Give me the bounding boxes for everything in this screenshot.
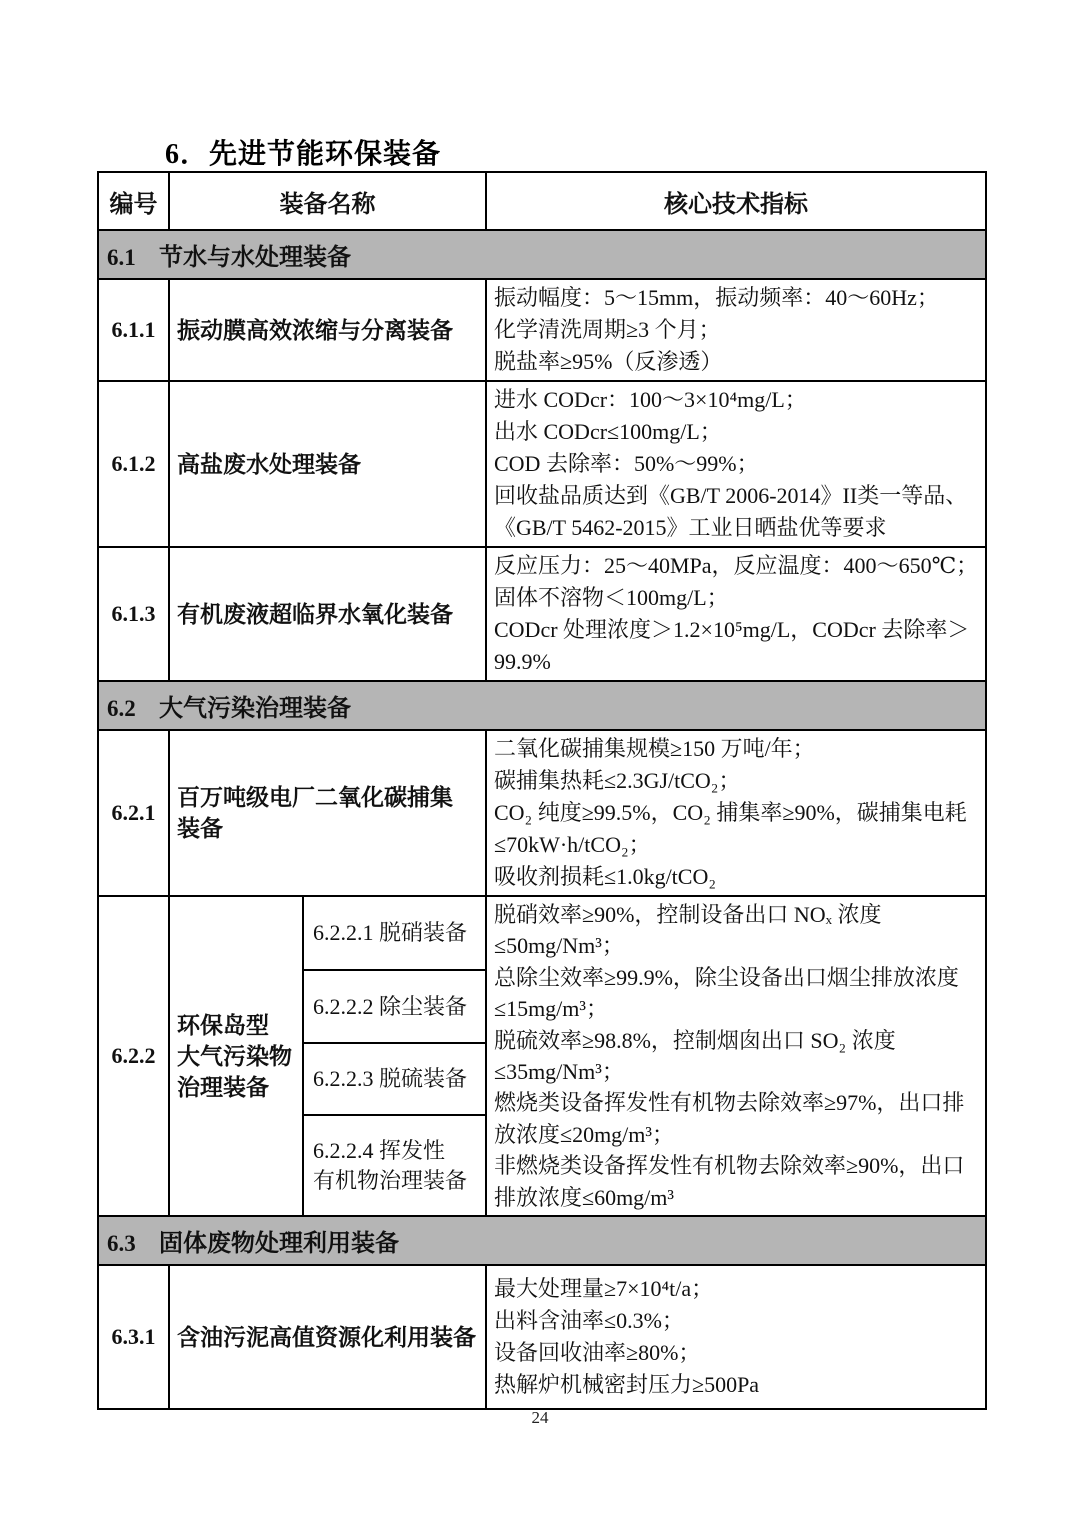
indicators-cell: 振动幅度：5～15mm，振动频率：40～60Hz； 化学清洗周期≥3 个月； 脱… [486, 279, 986, 381]
indicator-line: 最大处理量≥7×10⁴t/a； [494, 1273, 981, 1305]
indicator-line: 碳捕集热耗≤2.3GJ/tCO₂； [494, 765, 981, 797]
section-id: 6.2 [107, 696, 159, 722]
indicator-line: 非燃烧类设备挥发性有机物去除效率≥90%，出口排放浓度≤60mg/m³ [494, 1150, 981, 1213]
row-id: 6.1.3 [98, 547, 169, 681]
page-number: 24 [0, 1408, 1080, 1428]
indicator-line: 出料含油率≤0.3%； [494, 1305, 981, 1337]
header-cell-indicators: 核心技术指标 [486, 172, 986, 230]
indicator-line: 脱硫效率≥98.8%，控制烟囱出口 SO₂ 浓度≤35mg/Nm³； [494, 1025, 981, 1088]
table-row-6-3-1: 6.3.1 含油污泥高值资源化利用装备 最大处理量≥7×10⁴t/a； 出料含油… [98, 1265, 986, 1409]
indicator-line: 吸收剂损耗≤1.0kg/tCO₂ [494, 861, 981, 893]
table-row-6-1-2: 6.1.2 高盐废水处理装备 进水 CODcr：100～3×10⁴mg/L； 出… [98, 381, 986, 547]
indicators-cell: 二氧化碳捕集规模≥150 万吨/年； 碳捕集热耗≤2.3GJ/tCO₂； CO₂… [486, 730, 986, 896]
indicators-cell: 进水 CODcr：100～3×10⁴mg/L； 出水 CODcr≤100mg/L… [486, 381, 986, 547]
indicator-line: 出水 CODcr≤100mg/L； [494, 416, 981, 448]
table-row-6-1-3: 6.1.3 有机废液超临界水氧化装备 反应压力：25～40MPa，反应温度：40… [98, 547, 986, 681]
table-row-6-1-1: 6.1.1 振动膜高效浓缩与分离装备 振动幅度：5～15mm，振动频率：40～6… [98, 279, 986, 381]
section-row-6-2: 6.2大气污染治理装备 [98, 681, 986, 730]
indicator-line: 回收盐品质达到《GB/T 2006-2014》II类一等品、《GB/T 5462… [494, 480, 981, 544]
section-row-6-3: 6.3固体废物处理利用装备 [98, 1216, 986, 1265]
row-id: 6.3.1 [98, 1265, 169, 1409]
indicators-cell: 最大处理量≥7×10⁴t/a； 出料含油率≤0.3%； 设备回收油率≥80%； … [486, 1265, 986, 1409]
row-id: 6.2.1 [98, 730, 169, 896]
sub-equipment-name: 6.2.2.2 除尘装备 [303, 970, 486, 1042]
row-id: 6.2.2 [98, 896, 169, 1216]
header-cell-id: 编号 [98, 172, 169, 230]
sub-equipment-name: 6.2.2.3 脱硫装备 [303, 1043, 486, 1115]
indicator-line: 总除尘效率≥99.9%，除尘设备出口烟尘排放浓度≤15mg/m³； [494, 962, 981, 1025]
section-label: 节水与水处理装备 [159, 245, 351, 271]
table-header-row: 编号 装备名称 核心技术指标 [98, 172, 986, 230]
indicator-line: 设备回收油率≥80%； [494, 1337, 981, 1369]
equipment-name: 高盐废水处理装备 [169, 381, 486, 547]
row-id: 6.1.1 [98, 279, 169, 381]
sub-equipment-name: 6.2.2.1 脱硝装备 [303, 896, 486, 970]
document-page: 6．先进节能环保装备 编号 装备名称 核心技术指标 6.1节水与水处理装备 6.… [0, 0, 1080, 1527]
equipment-name: 有机废液超临界水氧化装备 [169, 547, 486, 681]
section-id: 6.3 [107, 1231, 159, 1257]
equipment-name: 振动膜高效浓缩与分离装备 [169, 279, 486, 381]
section-row-6-1: 6.1节水与水处理装备 [98, 230, 986, 279]
indicator-line: 固体不溶物＜100mg/L； [494, 582, 981, 614]
indicator-line: COD 去除率：50%～99%； [494, 448, 981, 480]
equipment-name: 百万吨级电厂二氧化碳捕集 装备 [169, 730, 486, 896]
equipment-name: 环保岛型 大气污染物 治理装备 [169, 896, 303, 1216]
indicator-line: 化学清洗周期≥3 个月； [494, 314, 981, 346]
section-label: 大气污染治理装备 [159, 696, 351, 722]
indicator-line: CO₂ 纯度≥99.5%，CO₂ 捕集率≥90%，碳捕集电耗≤70kW·h/tC… [494, 797, 981, 861]
indicator-line: 进水 CODcr：100～3×10⁴mg/L； [494, 384, 981, 416]
sub-equipment-name: 6.2.2.4 挥发性 有机物治理装备 [303, 1115, 486, 1216]
table-row-6-2-2: 6.2.2 环保岛型 大气污染物 治理装备 6.2.2.1 脱硝装备 脱硝效率≥… [98, 896, 986, 970]
indicator-line: 反应压力：25～40MPa，反应温度：400～650℃； [494, 550, 981, 582]
page-title: 6．先进节能环保装备 [165, 132, 441, 172]
equipment-table: 编号 装备名称 核心技术指标 6.1节水与水处理装备 6.1.1 振动膜高效浓缩… [97, 171, 987, 1410]
indicator-line: 二氧化碳捕集规模≥150 万吨/年； [494, 733, 981, 765]
row-id: 6.1.2 [98, 381, 169, 547]
equipment-name: 含油污泥高值资源化利用装备 [169, 1265, 486, 1409]
indicator-line: 脱盐率≥95%（反渗透） [494, 346, 981, 378]
indicators-cell: 反应压力：25～40MPa，反应温度：400～650℃； 固体不溶物＜100mg… [486, 547, 986, 681]
indicator-line: 热解炉机械密封压力≥500Pa [494, 1369, 981, 1401]
indicator-line: CODcr 处理浓度＞1.2×10⁵mg/L，CODcr 去除率＞99.9% [494, 614, 981, 678]
indicator-line: 脱硝效率≥90%，控制设备出口 NOₓ 浓度≤50mg/Nm³； [494, 899, 981, 962]
section-id: 6.1 [107, 245, 159, 271]
table-row-6-2-1: 6.2.1 百万吨级电厂二氧化碳捕集 装备 二氧化碳捕集规模≥150 万吨/年；… [98, 730, 986, 896]
header-cell-name: 装备名称 [169, 172, 486, 230]
indicators-cell: 脱硝效率≥90%，控制设备出口 NOₓ 浓度≤50mg/Nm³； 总除尘效率≥9… [486, 896, 986, 1216]
indicator-line: 振动幅度：5～15mm，振动频率：40～60Hz； [494, 282, 981, 314]
section-label: 固体废物处理利用装备 [159, 1231, 399, 1257]
indicator-line: 燃烧类设备挥发性有机物去除效率≥97%，出口排放浓度≤20mg/m³； [494, 1087, 981, 1150]
